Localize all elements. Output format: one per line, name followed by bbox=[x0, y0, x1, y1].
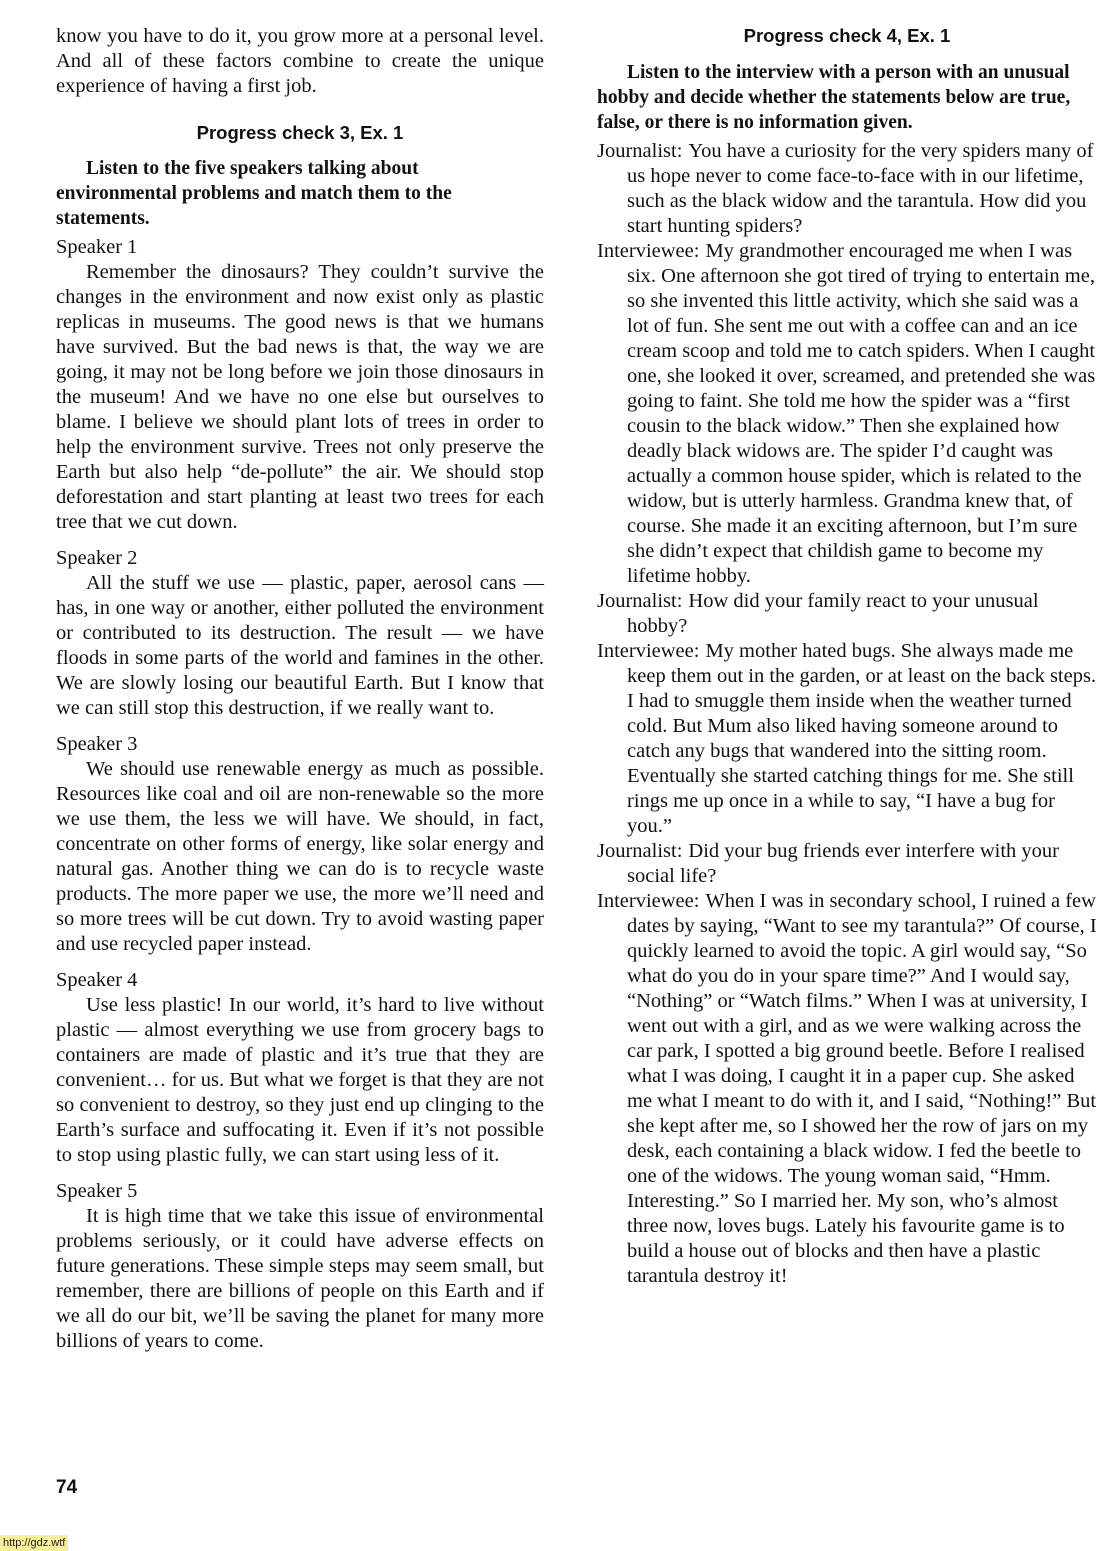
speaker-block: Speaker 4 Use less plastic! In our world… bbox=[56, 968, 544, 1168]
speaker-name: Interviewee: bbox=[597, 240, 699, 262]
speaker-label: Speaker 5 bbox=[56, 1179, 544, 1204]
speaker-text: It is high time that we take this issue … bbox=[56, 1204, 544, 1354]
watermark-link[interactable]: http://gdz.wtf bbox=[0, 1535, 68, 1551]
turn-text: When I was in secondary school, I ruined… bbox=[627, 890, 1097, 1287]
interview-turn: Interviewee:My mother hated bugs. She al… bbox=[597, 639, 1097, 839]
page-number: 74 bbox=[56, 1477, 77, 1499]
interview-turn: Interviewee:When I was in secondary scho… bbox=[597, 889, 1097, 1289]
right-column: Progress check 4, Ex. 1 Listen to the in… bbox=[597, 24, 1097, 1289]
speaker-name: Journalist: bbox=[597, 590, 682, 612]
speaker-name: Interviewee: bbox=[597, 890, 699, 912]
speaker-name: Interviewee: bbox=[597, 640, 699, 662]
textbook-page: know you have to do it, you grow more at… bbox=[0, 0, 1118, 1551]
interview-turn: Journalist:You have a curiosity for the … bbox=[597, 139, 1097, 239]
interview-turn: Journalist:How did your family react to … bbox=[597, 589, 1097, 639]
speaker-name: Journalist: bbox=[597, 140, 682, 162]
exercise-instruction: Listen to the five speakers talking abou… bbox=[56, 156, 544, 231]
continuation-paragraph: know you have to do it, you grow more at… bbox=[56, 24, 544, 99]
exercise-instruction: Listen to the interview with a person wi… bbox=[597, 60, 1097, 135]
speaker-block: Speaker 5 It is high time that we take t… bbox=[56, 1179, 544, 1354]
turn-text: Did your bug friends ever interfere with… bbox=[627, 840, 1059, 887]
speaker-block: Speaker 1 Remember the dinosaurs? They c… bbox=[56, 235, 544, 535]
speaker-label: Speaker 1 bbox=[56, 235, 544, 260]
speaker-label: Speaker 4 bbox=[56, 968, 544, 993]
instruction-text: Listen to the five speakers talking abou… bbox=[56, 158, 452, 229]
instruction-text: Listen to the interview with a person wi… bbox=[597, 62, 1070, 133]
turn-text: My mother hated bugs. She always made me… bbox=[627, 640, 1096, 837]
speaker-name: Journalist: bbox=[597, 840, 682, 862]
speaker-block: Speaker 3 We should use renewable energy… bbox=[56, 732, 544, 957]
turn-text: You have a curiosity for the very spider… bbox=[627, 140, 1093, 237]
speaker-label: Speaker 2 bbox=[56, 546, 544, 571]
speaker-label: Speaker 3 bbox=[56, 732, 544, 757]
interview-turn: Interviewee:My grandmother encouraged me… bbox=[597, 239, 1097, 589]
section-heading-progress-check-3: Progress check 3, Ex. 1 bbox=[56, 121, 544, 145]
speaker-text: Use less plastic! In our world, it’s har… bbox=[56, 993, 544, 1168]
section-heading-progress-check-4: Progress check 4, Ex. 1 bbox=[597, 24, 1097, 48]
speaker-block: Speaker 2 All the stuff we use — plastic… bbox=[56, 546, 544, 721]
interview-turn: Journalist:Did your bug friends ever int… bbox=[597, 839, 1097, 889]
turn-text: My grandmother encouraged me when I was … bbox=[627, 240, 1095, 587]
left-column: know you have to do it, you grow more at… bbox=[56, 24, 544, 1354]
interview-transcript: Journalist:You have a curiosity for the … bbox=[597, 139, 1097, 1289]
speaker-text: We should use renewable energy as much a… bbox=[56, 757, 544, 957]
turn-text: How did your family react to your unusua… bbox=[627, 590, 1039, 637]
speaker-text: All the stuff we use — plastic, paper, a… bbox=[56, 571, 544, 721]
speaker-text: Remember the dinosaurs? They couldn’t su… bbox=[56, 260, 544, 535]
